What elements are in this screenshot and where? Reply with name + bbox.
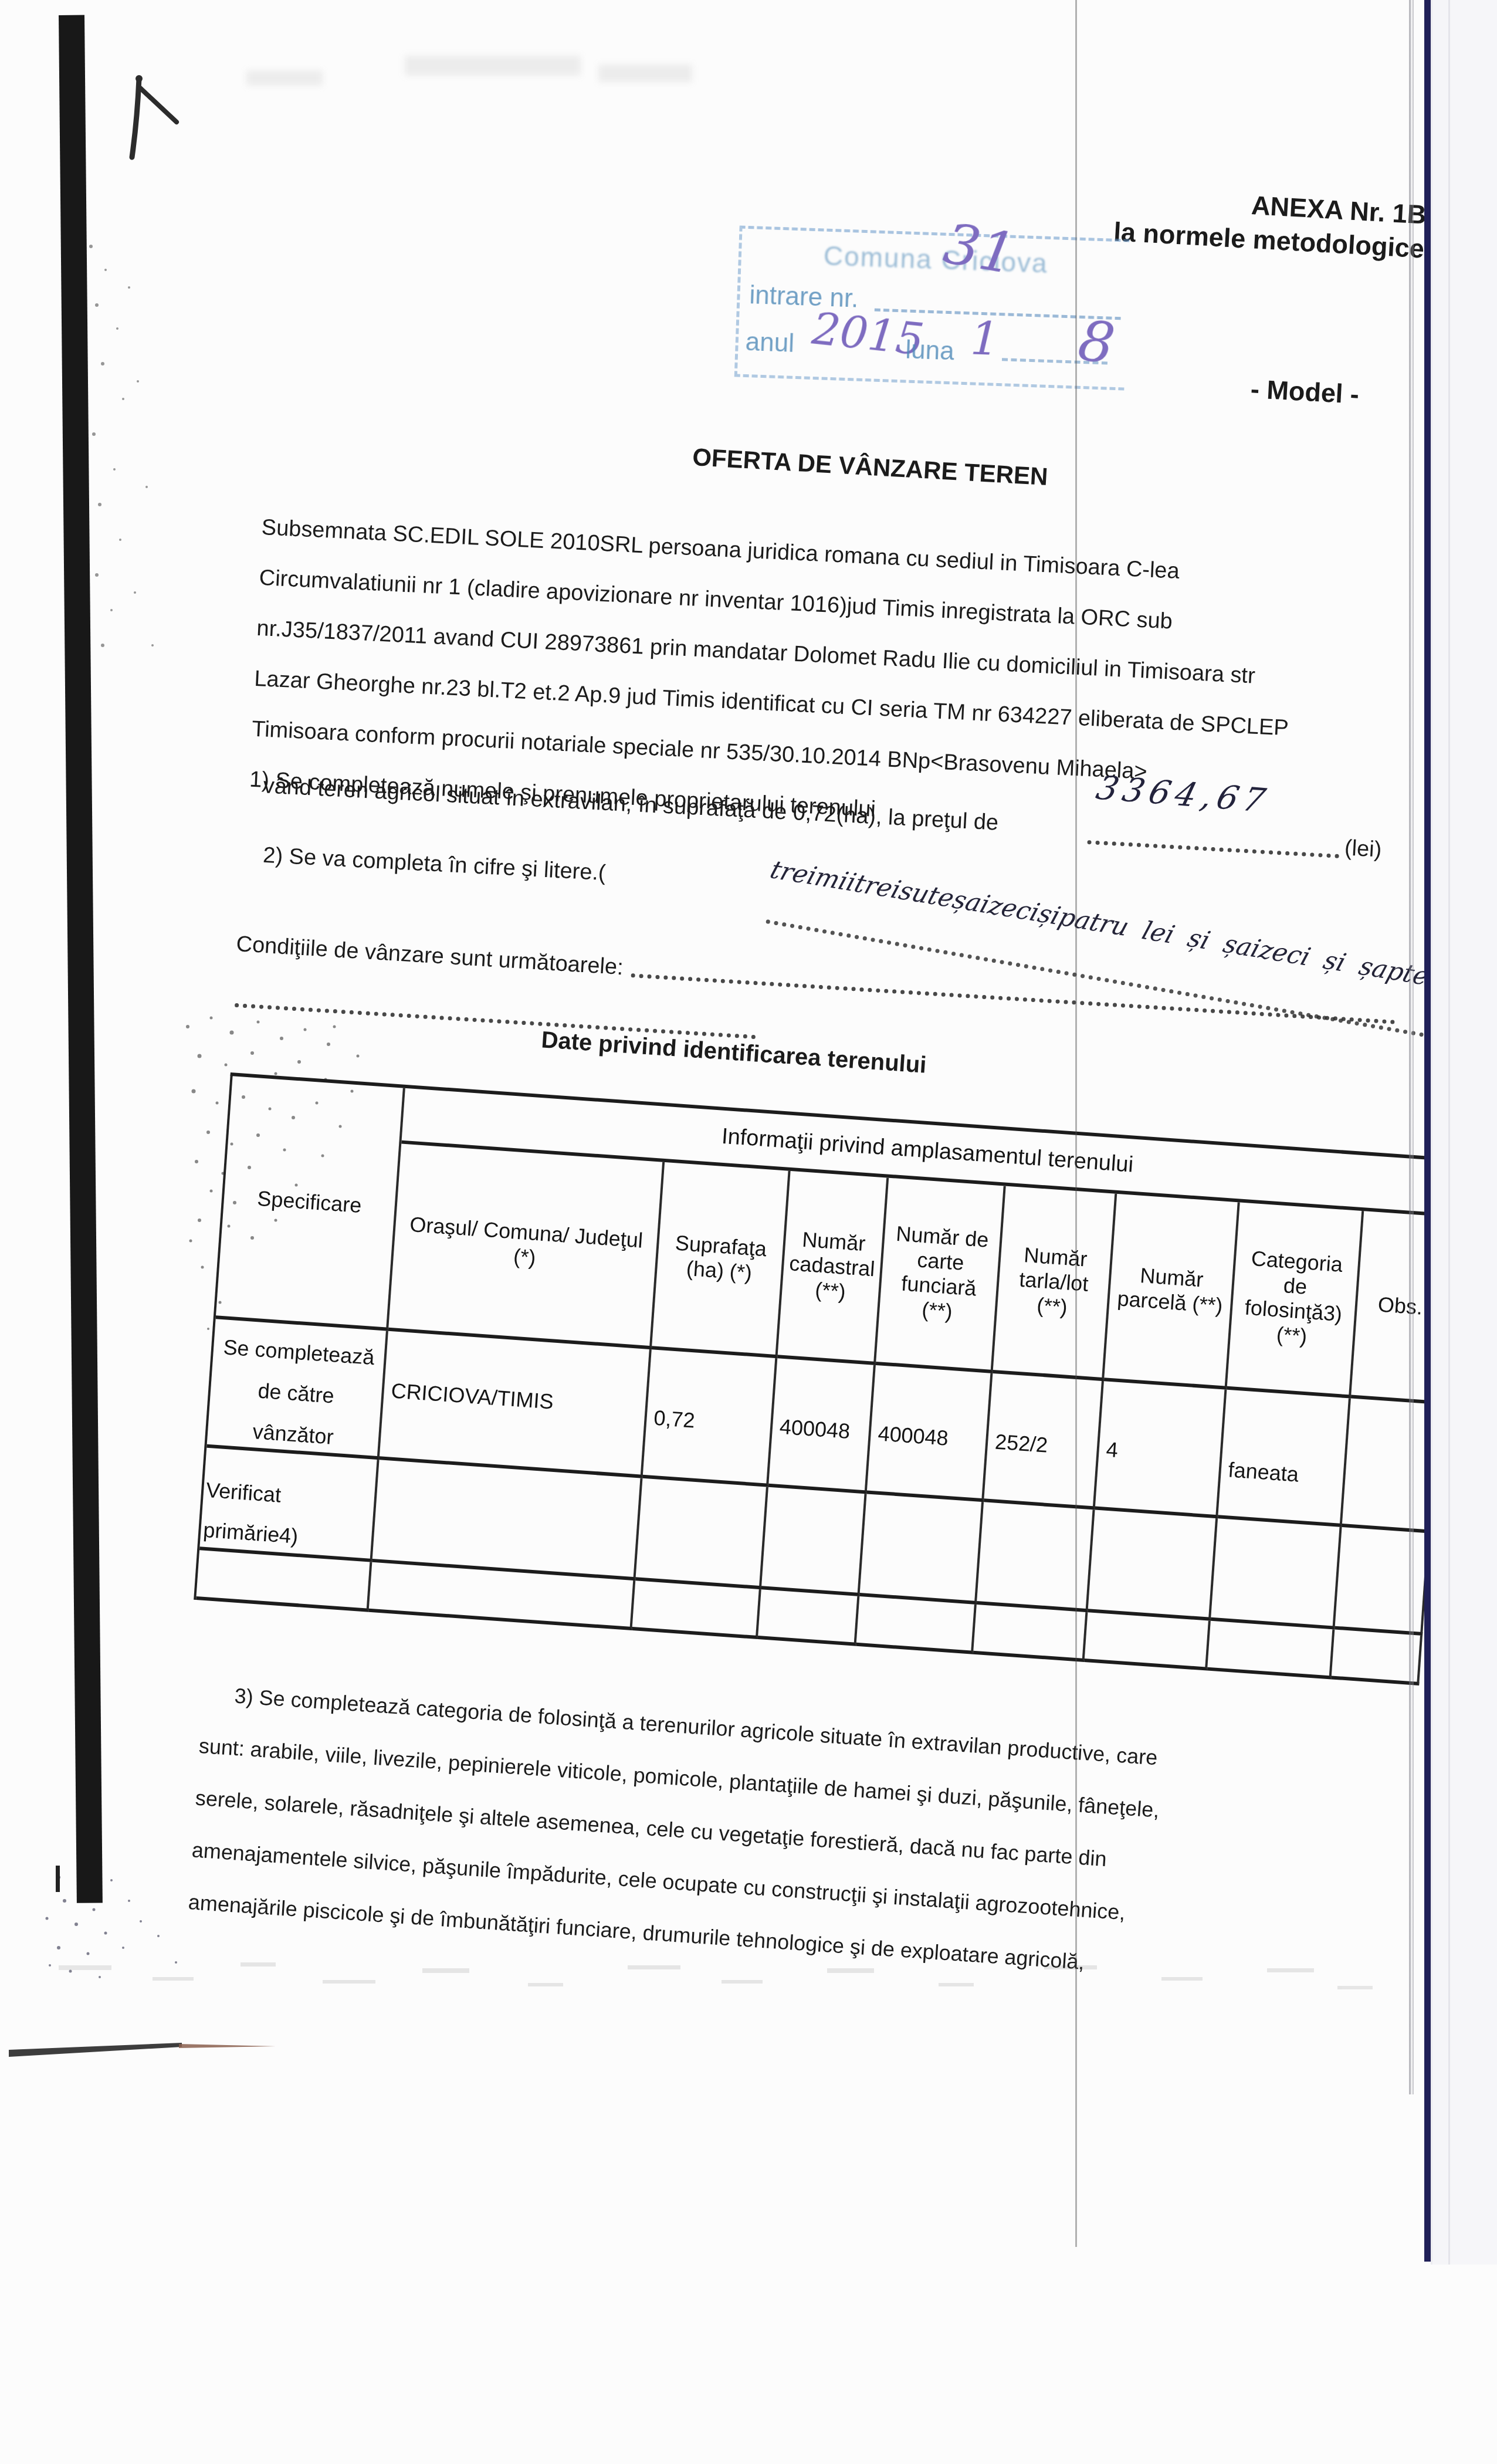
empty-cell [758,1589,860,1646]
pen-mark-arrow [120,70,185,164]
land-id-table: Specificare Informaţii privind amplasame… [194,1072,1456,1685]
col-header-categoria: Categoria de folosinţă3) (**) [1227,1203,1364,1399]
empty-cell [973,1605,1088,1662]
scan-smudge [246,70,323,86]
scanned-document-page: ANEXA Nr. 1B la normele metodologice Com… [0,0,1497,2464]
empty-cell [1211,1518,1342,1629]
model-label: - Model - [1250,374,1360,410]
empty-cell [1207,1621,1335,1680]
col-header-oras: Oraşul/ Comuna/ Judeţul (*) [388,1144,665,1350]
col-header-parcela: Număr parcelă (**) [1104,1194,1240,1390]
annex-note: ANEXA Nr. 1B la normele metodologice [1095,180,1427,266]
col-header-tarla: Număr tarla/lot (**) [993,1186,1117,1381]
col-header-cadastral: Număr cadastral (**) [777,1171,889,1365]
cell-parcela: 4 [1095,1381,1227,1518]
empty-cell [635,1478,768,1590]
cell-tarla: 252/2 [984,1373,1104,1510]
col-header-carte-funciara: Număr de carte funciară (**) [876,1178,1006,1373]
col-header-suprafata: Suprafaţa (ha) (*) [652,1162,791,1358]
row-label-verificat: Verificat primărie4) [199,1448,379,1562]
row-label-vanzator: Se completează de către vânzător [206,1319,388,1460]
page-crease-line [1075,0,1077,2247]
official-stamp: Comuna Criciova intrare nr. 31 anul 2015… [734,225,1130,390]
page-edge-gray-lines [1409,0,1416,2094]
empty-cell [632,1580,761,1639]
empty-cell [372,1460,642,1580]
cell-cadastral: 400048 [768,1358,876,1494]
cell-suprafata: 0,72 [642,1349,777,1487]
col-header-specificare: Specificare [216,1076,405,1331]
empty-cell [977,1502,1095,1612]
page-edge-navy-line [1424,0,1431,2262]
stamp-month-label: luna [905,335,955,366]
bottom-scan-line [6,2040,287,2064]
empty-cell [856,1596,976,1654]
handwritten-entry-number: 31 [939,211,1020,287]
empty-cell [859,1494,984,1605]
scan-speckle-cluster [82,235,211,681]
stamp-year-label: anul [745,327,795,358]
empty-cell [1088,1510,1218,1621]
document-title: OFERTA DE VÂNZARE TEREN [692,443,1048,491]
scan-smudge [598,65,692,82]
empty-cell [761,1487,867,1596]
empty-cell [1084,1612,1210,1670]
footnote-2: 2) Se va completa în cifre şi litere.( [262,843,606,886]
cell-categoria: faneata [1218,1390,1351,1527]
cell-carte-funciara: 400048 [867,1365,993,1502]
scan-smudge [405,56,581,76]
page-edge-margin [1431,0,1497,2265]
handwritten-month: 1 [970,313,1001,367]
lei-label: (lei) [1344,835,1383,862]
cell-oras: CRICIOVA/TIMIS [380,1331,652,1478]
